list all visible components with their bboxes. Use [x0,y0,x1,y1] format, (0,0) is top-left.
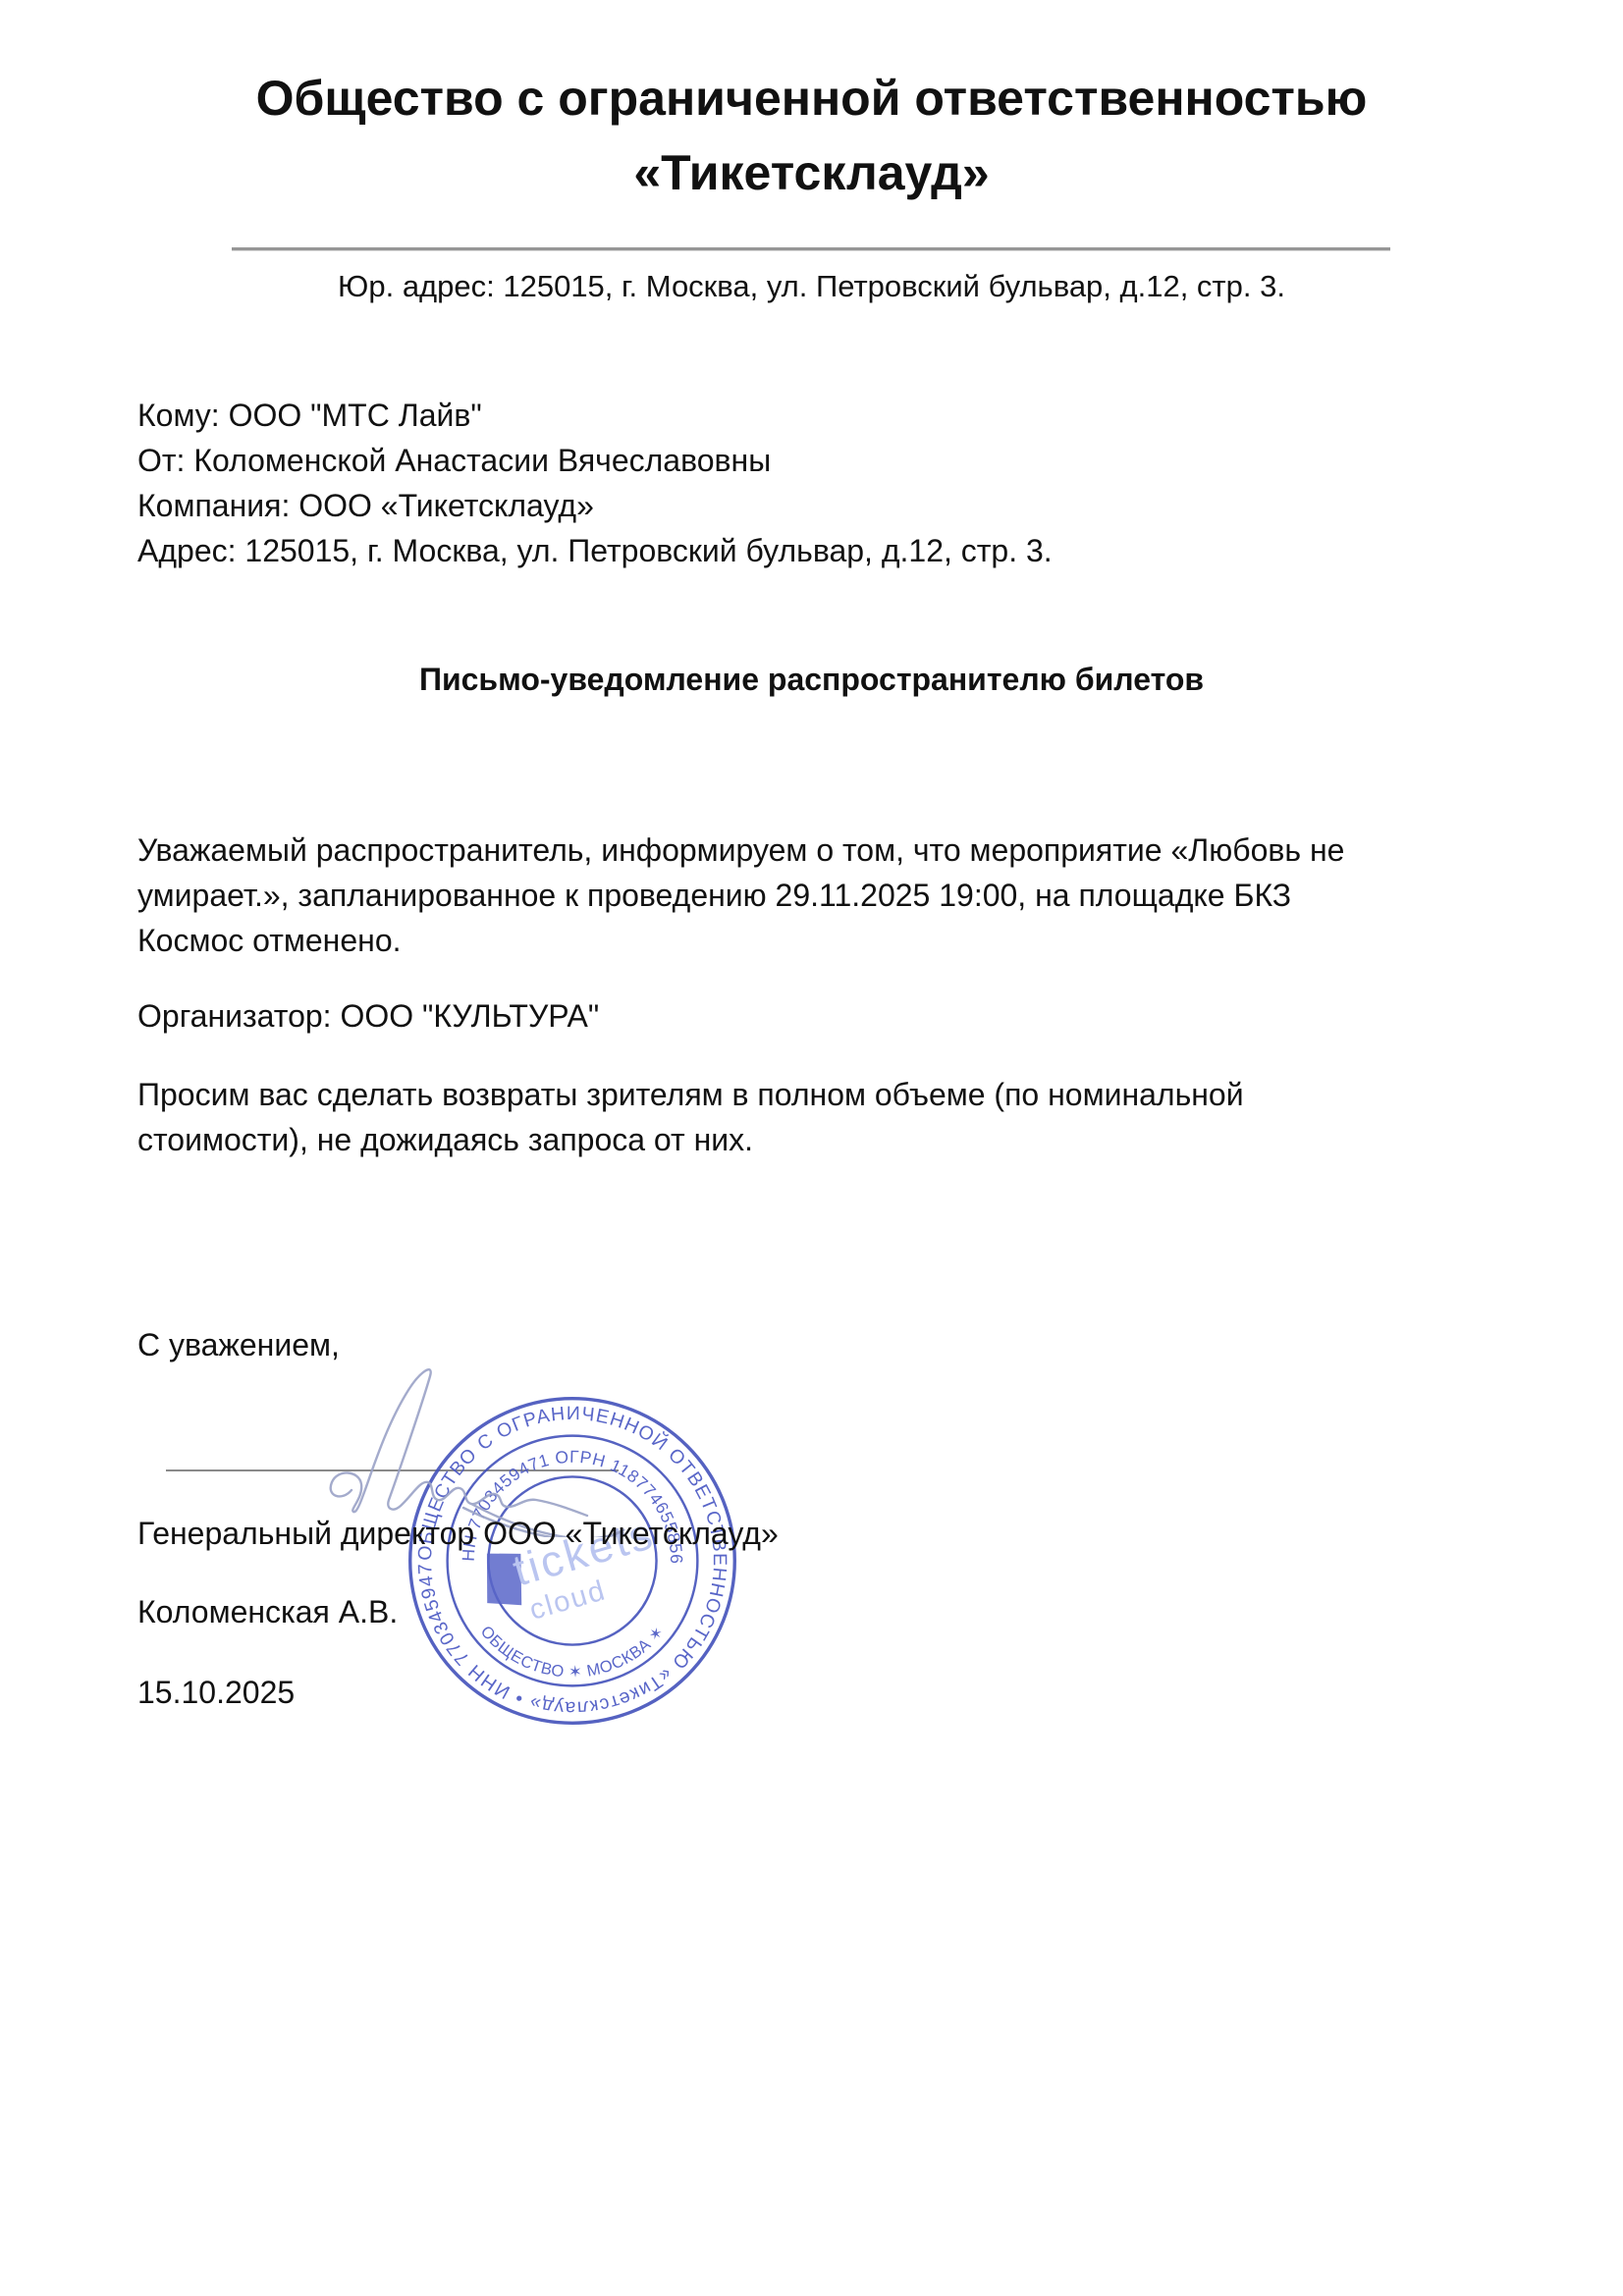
recipient-company: Компания: ООО «Тикетсклауд» [137,483,1404,528]
company-title-line2: «Тикетсклауд» [0,135,1623,210]
body-paragraph-cancellation: Уважаемый распространитель, информируем … [137,828,1384,963]
recipient-to: Кому: ООО "МТС Лайв" [137,393,1404,438]
letter-subject: Письмо-уведомление распространителю биле… [0,662,1623,698]
closing-regards: С уважением, [137,1322,1384,1367]
organizer-line: Организатор: ООО "КУЛЬТУРА" [137,993,1384,1039]
recipient-from: От: Коломенской Анастасии Вячеславовны [137,438,1404,483]
company-title-line1: Общество с ограниченной ответственностью [0,61,1623,135]
legal-address: Юр. адрес: 125015, г. Москва, ул. Петров… [0,269,1623,304]
document-date: 15.10.2025 [137,1670,1384,1715]
recipient-address: Адрес: 125015, г. Москва, ул. Петровский… [137,528,1404,573]
document-page: ОБЩЕСТВО С ОГРАНИЧЕННОЙ ОТВЕТСТВЕННОСТЬЮ… [0,0,1623,2296]
signer-title: Генеральный директор ООО «Тикетсклауд» [137,1511,1384,1556]
page-title: Общество с ограниченной ответственностью… [0,61,1623,210]
recipient-block: Кому: ООО "МТС Лайв" От: Коломенской Ана… [137,393,1404,573]
body-paragraph-refunds: Просим вас сделать возвраты зрителям в п… [137,1072,1384,1162]
signer-name: Коломенская А.В. [137,1589,1384,1634]
header-divider [232,247,1390,250]
